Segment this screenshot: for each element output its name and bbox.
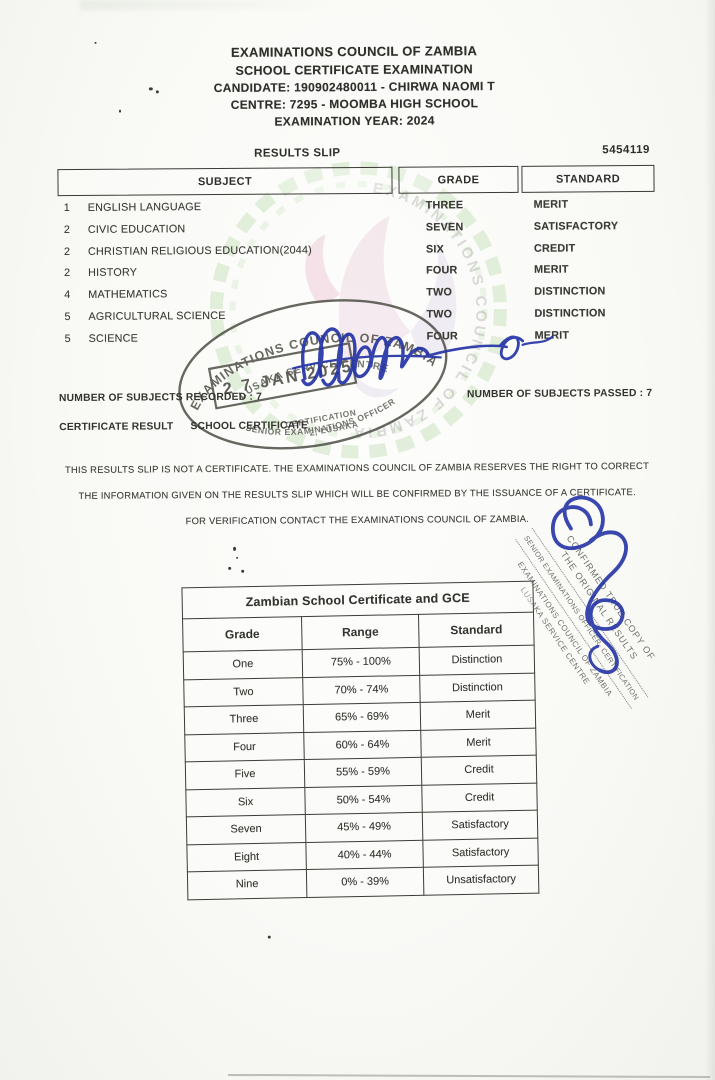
column-header-standard: STANDARD: [521, 165, 654, 193]
row-number: 5: [65, 333, 71, 345]
ink-speck: [95, 42, 97, 44]
ink-speck: [233, 547, 236, 551]
grade-table-row: Nine 0% - 39% Unsatisfactory: [187, 865, 538, 899]
grade-cell: Two: [184, 677, 303, 707]
subject-name: SCIENCE: [89, 332, 138, 344]
standard-column-header: Standard: [419, 612, 535, 647]
row-number: 2: [64, 246, 70, 258]
range-cell: 50% - 54%: [305, 785, 423, 815]
certificate-result-line: CERTIFICATE RESULT SCHOOL CERTIFICATE: [59, 420, 308, 433]
grade-scale-table: Zambian School Certificate and GCE Grade…: [181, 581, 539, 900]
ink-speck: [241, 570, 244, 573]
range-cell: 75% - 100%: [302, 647, 420, 677]
subject-standard: DISTINCTION: [534, 285, 605, 297]
range-cell: 65% - 69%: [303, 702, 421, 732]
grade-cell: Five: [185, 760, 304, 790]
grade-column-header: Grade: [183, 617, 303, 652]
document-header: EXAMINATIONS COUNCIL OF ZAMBIA SCHOOL CE…: [0, 40, 712, 133]
standard-cell: Distinction: [420, 673, 535, 703]
certificate-result-value: SCHOOL CERTIFICATE: [190, 420, 308, 432]
row-number: 4: [64, 289, 70, 301]
results-slip-title: RESULTS SLIP: [0, 145, 597, 161]
certificate-result-label: CERTIFICATE RESULT: [59, 421, 173, 433]
standard-cell: Merit: [420, 700, 535, 730]
grade-cell: One: [183, 650, 302, 680]
serial-number: 5454119: [602, 144, 650, 156]
subject-grade: SEVEN: [426, 221, 464, 233]
subject-grade: FOUR: [426, 265, 457, 277]
document-content: EXAMINATIONS COUNCIL OF ZAMBIA EXAMINATI…: [0, 0, 715, 1080]
grade-cell: Nine: [187, 870, 306, 900]
subject-grade: SIX: [426, 243, 444, 255]
subject-standard: MERIT: [534, 264, 569, 276]
ink-speck: [156, 90, 159, 93]
range-cell: 60% - 64%: [304, 730, 422, 760]
standard-cell: Merit: [421, 728, 536, 758]
subject-name: CIVIC EDUCATION: [88, 223, 186, 236]
ink-speck: [228, 567, 231, 570]
range-cell: 70% - 74%: [303, 675, 421, 705]
grade-cell: Three: [184, 705, 303, 735]
range-cell: 0% - 39%: [306, 867, 424, 897]
subject-grade: THREE: [426, 199, 464, 211]
standard-cell: Unsatisfactory: [423, 865, 538, 895]
range-cell: 55% - 59%: [304, 757, 422, 787]
grade-cell: Four: [185, 732, 304, 762]
subjects-recorded-line: NUMBER OF SUBJECTS RECORDED : 7: [59, 392, 262, 404]
range-cell: 40% - 44%: [306, 840, 424, 870]
standard-cell: Credit: [421, 755, 536, 785]
results-slip-scan: EXAMINATIONS COUNCIL OF ZAMBIA EXAMINATI…: [0, 0, 715, 1080]
certification-signature: [527, 490, 688, 691]
column-header-subject: SUBJECT: [57, 167, 392, 196]
standard-cell: Credit: [422, 783, 537, 813]
subject-standard: MERIT: [534, 199, 569, 211]
examination-year-line: EXAMINATION YEAR: 2024: [0, 111, 712, 133]
row-number: 2: [64, 224, 70, 236]
standard-cell: Distinction: [419, 645, 534, 675]
grade-cell: Seven: [186, 815, 305, 845]
ink-speck: [149, 87, 153, 90]
subject-name: ENGLISH LANGUAGE: [88, 201, 202, 214]
ink-speck: [236, 557, 238, 559]
column-header-grade: GRADE: [398, 166, 518, 194]
ink-speck: [119, 110, 121, 113]
grade-cell: Eight: [187, 842, 306, 872]
grade-cell: Six: [186, 787, 305, 817]
range-cell: 45% - 49%: [305, 812, 423, 842]
subject-name: MATHEMATICS: [88, 289, 167, 302]
subject-standard: SATISFACTORY: [534, 220, 618, 233]
standard-cell: Satisfactory: [423, 838, 538, 868]
row-number: 5: [64, 311, 70, 323]
subject-standard: CREDIT: [534, 242, 575, 254]
row-number: 1: [64, 202, 70, 214]
grade-table-body: One 75% - 100% Distinction Two 70% - 74%…: [183, 645, 539, 899]
standard-cell: Satisfactory: [422, 810, 537, 840]
ink-speck: [268, 936, 271, 939]
subject-name: HISTORY: [88, 267, 137, 279]
subjects-passed-line: NUMBER OF SUBJECTS PASSED : 7: [467, 388, 652, 400]
row-number: 2: [64, 267, 70, 279]
range-column-header: Range: [301, 614, 419, 649]
subject-name: CHRISTIAN RELIGIOUS EDUCATION(2044): [88, 244, 312, 258]
